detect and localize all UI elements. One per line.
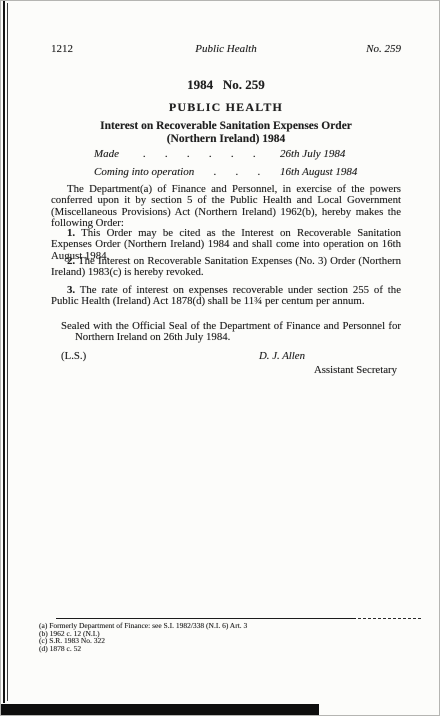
article-1-number: 1. (67, 227, 75, 239)
issue-number: No. 259 (321, 43, 401, 55)
footnote-rule (56, 618, 356, 619)
article-2-text: The Interest on Recoverable Sanitation E… (51, 255, 401, 278)
order-title-line2: (Northern Ireland) 1984 (51, 133, 401, 146)
made-date-row: Made . . . . . . 26th July 1984 (51, 148, 401, 160)
signatory-title: Assistant Secretary (51, 364, 401, 376)
order-title: Interest on Recoverable Sanitation Expen… (51, 120, 401, 146)
operation-date-row: Coming into operation . . . 16th August … (51, 166, 401, 178)
leader-dots: . . . . . . (119, 148, 280, 160)
subject-heading: PUBLIC HEALTH (51, 100, 401, 115)
article-3-text: The rate of interest on expenses recover… (51, 284, 401, 307)
scan-edge-line-secondary (7, 3, 8, 701)
scan-edge-line (3, 1, 5, 703)
operation-label: Coming into operation (94, 166, 194, 178)
leader-dots: . . . (194, 166, 280, 178)
article-3-number: 3. (67, 284, 75, 296)
scanned-document-page: 1212 Public Health No. 259 1984 No. 259 … (0, 0, 440, 716)
footnote-d: (d) 1878 c. 52 (39, 645, 409, 653)
signature-row: (L.S.) D. J. Allen (51, 350, 401, 364)
made-date: 26th July 1984 (280, 148, 376, 160)
order-number-heading: 1984 No. 259 (51, 77, 401, 93)
order-title-line1: Interest on Recoverable Sanitation Expen… (51, 120, 401, 133)
signatory-name: D. J. Allen (259, 350, 305, 362)
footnotes: (a) Formerly Department of Finance: see … (39, 622, 409, 652)
made-label: Made (94, 148, 119, 160)
sealing-clause: Sealed with the Official Seal of the Dep… (51, 321, 401, 344)
footnote-rule-tail (358, 618, 421, 619)
scan-bottom-band (1, 704, 319, 716)
preamble-paragraph: The Department(a) of Finance and Personn… (51, 184, 401, 229)
article-2: 2. The Interest on Recoverable Sanitatio… (51, 256, 401, 279)
footnote-c: (c) S.R. 1983 No. 322 (39, 637, 409, 645)
seal-mark: (L.S.) (61, 350, 86, 362)
article-2-number: 2. (67, 255, 75, 267)
article-3: 3. The rate of interest on expenses reco… (51, 285, 401, 308)
page-number: 1212 (51, 43, 131, 55)
running-title: Public Health (131, 43, 321, 55)
running-header: 1212 Public Health No. 259 (51, 43, 401, 55)
operation-date: 16th August 1984 (280, 166, 376, 178)
